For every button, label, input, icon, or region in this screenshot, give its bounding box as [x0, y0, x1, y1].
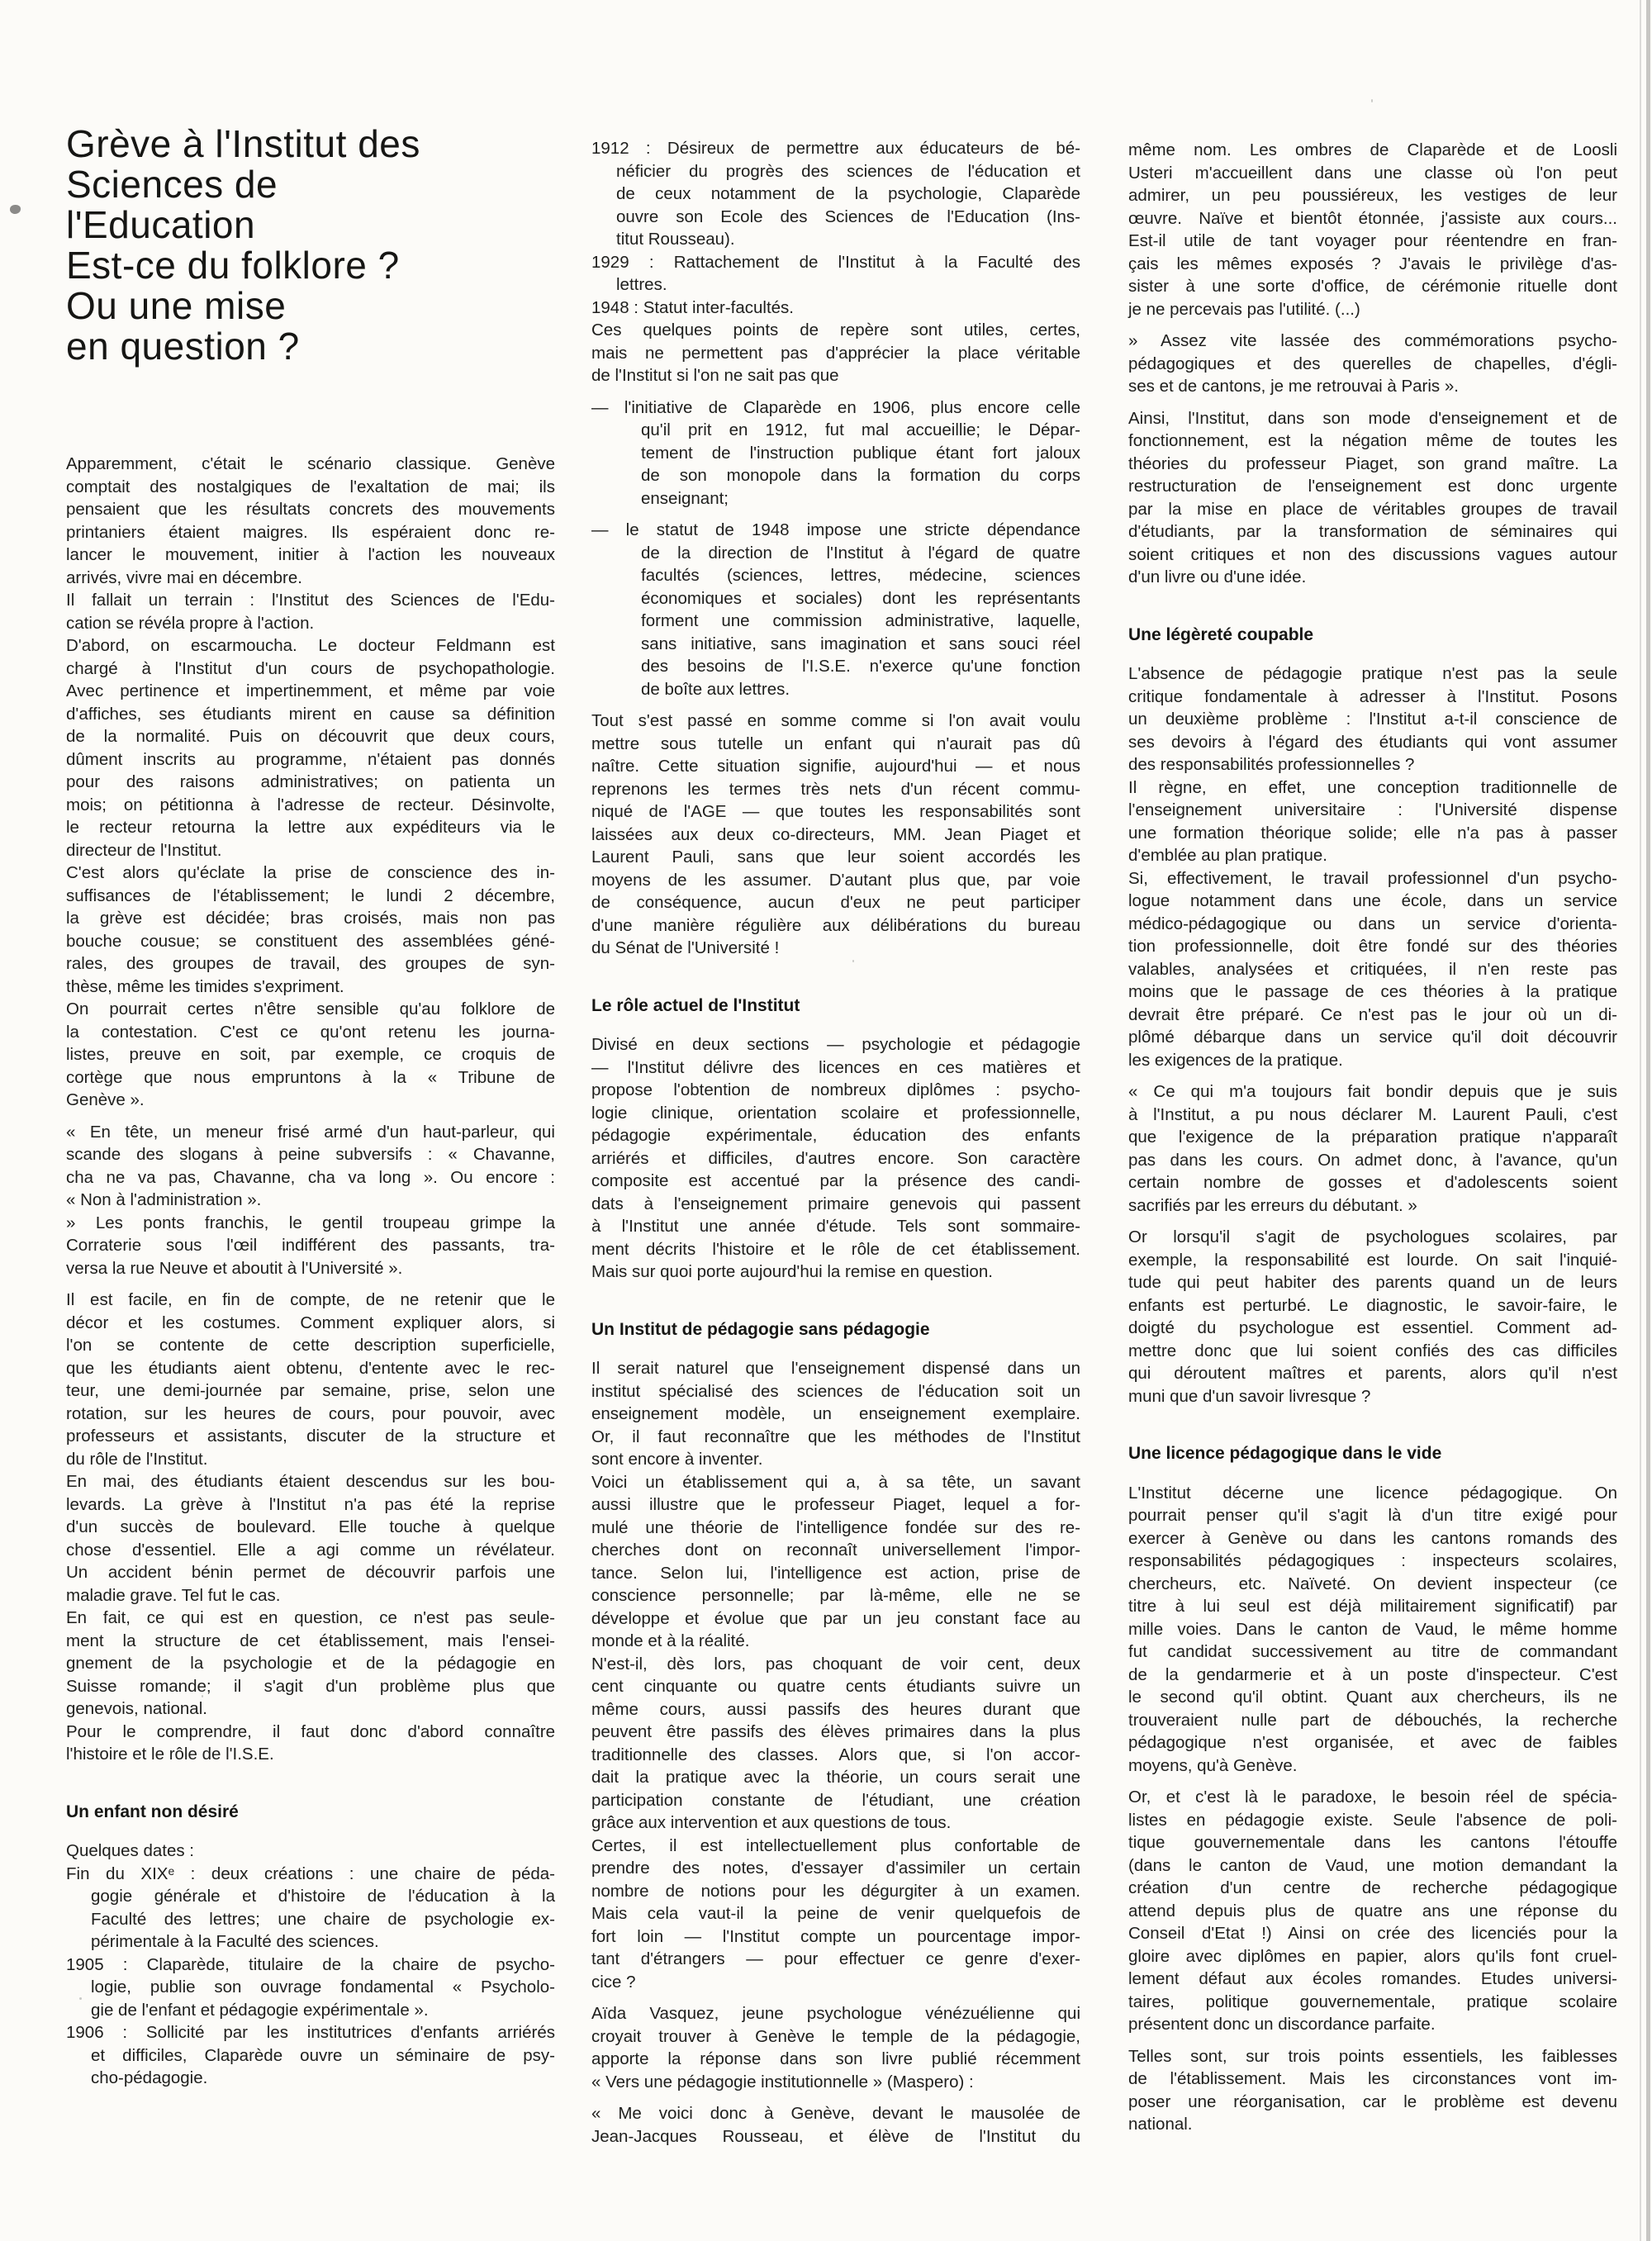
text-line: listes, preuve en soit, par exemple, ce …: [66, 1043, 555, 1066]
text-line: Divisé en deux sections — psychologie et…: [591, 1033, 1080, 1056]
text-line: de conséquence, aucun d'eux ne peut part…: [591, 891, 1080, 914]
text-line: lement défaut aux écoles romandes. Etude…: [1128, 1968, 1617, 1991]
paragraph: — le statut de 1948 impose une stricte d…: [591, 519, 1080, 700]
paragraph: C'est alors qu'éclate la prise de consci…: [66, 862, 555, 998]
paragraph: Il règne, en effet, une conception tradi…: [1128, 776, 1617, 867]
text-line: professeurs et assistants, discuter de l…: [66, 1425, 555, 1448]
paragraph: N'est-il, dès lors, pas choquant de voir…: [591, 1653, 1080, 1835]
text-line: prendre des notes, d'essayer d'assimiler…: [591, 1857, 1080, 1880]
text-line: institut spécialisé des sciences de l'éd…: [591, 1380, 1080, 1403]
text-line: » Assez vite lassée des commémorations p…: [1128, 330, 1617, 353]
article-title-line: en question ?: [66, 326, 555, 367]
text-line: qu'il prit en 1912, fut mal accueillie; …: [641, 419, 1080, 442]
paragraph: » Assez vite lassée des commémorations p…: [1128, 330, 1617, 398]
text-line: attend depuis plus de quatre ans une rép…: [1128, 1900, 1617, 1923]
text-line: devrait être préparé. Ce n'est pas le jo…: [1128, 1004, 1617, 1027]
text-line: enseignant;: [641, 487, 1080, 510]
text-line: soient critiques et non des discussions …: [1128, 544, 1617, 567]
text-line: œuvre. Naïve et bientôt étonnée, j'assis…: [1128, 207, 1617, 230]
paragraph: Il serait naturel que l'enseignement dis…: [591, 1357, 1080, 1471]
text-line: de la gendarmerie et à un poste d'inspec…: [1128, 1664, 1617, 1687]
text-line: ment la structure de cet établissement, …: [66, 1630, 555, 1653]
text-line: mille voies. Dans le canton de Vaud, le …: [1128, 1618, 1617, 1641]
text-line: logie clinique, orientation scolaire et …: [591, 1102, 1080, 1125]
text-line: comptait des nostalgiques de l'exaltatio…: [66, 476, 555, 499]
text-line: dait la pratique avec la théorie, un cou…: [591, 1766, 1080, 1789]
paragraph: Pour le comprendre, il faut donc d'abord…: [66, 1721, 555, 1766]
text-line: ment décrits l'histoire et le rôle de ce…: [591, 1238, 1080, 1261]
text-line: dats à l'enseignement primaire genevois …: [591, 1193, 1080, 1216]
text-line: Ainsi, l'Institut, dans son mode d'ensei…: [1128, 407, 1617, 430]
paragraph: L'absence de pédagogie pratique n'est pa…: [1128, 662, 1617, 776]
text-line: enfants est perturbé. Le diagnostic, le …: [1128, 1294, 1617, 1318]
text-line: mois; on pétitionna à l'adresse de recte…: [66, 794, 555, 817]
text-line: levards. La grève à l'Institut n'a pas é…: [66, 1493, 555, 1517]
text-line: croyait trouver à Genève le temple de la…: [591, 2025, 1080, 2049]
text-line: Avec pertinence et impertinemment, et mê…: [66, 680, 555, 703]
text-line: l'on se contente de cette description su…: [66, 1334, 555, 1357]
text-line: création d'un centre de recherche pédago…: [1128, 1877, 1617, 1900]
text-line: participation constante de l'étudiant, u…: [591, 1789, 1080, 1812]
text-line: même cours, aussi passifs des heures dur…: [591, 1698, 1080, 1721]
text-line: tion professionnelle, doit être fondé su…: [1128, 935, 1617, 958]
text-line: d'un livre ou d'une idée.: [1128, 566, 1617, 589]
text-line: Un accident bénin permet de découvrir pa…: [66, 1561, 555, 1584]
text-line: — l'Institut délivre des licences en ces…: [591, 1056, 1080, 1080]
text-line: Certes, il est intellectuellement plus c…: [591, 1835, 1080, 1858]
paragraph: 1948 : Statut inter-facultés.: [591, 297, 1080, 320]
text-line: « Ce qui m'a toujours fait bondir depuis…: [1128, 1080, 1617, 1104]
text-line: rotation, sur les heures de cours, pour …: [66, 1403, 555, 1426]
paragraph: L'Institut décerne une licence pédagogiq…: [1128, 1482, 1617, 1778]
text-line: moyens de les assumer. D'autant plus que…: [591, 869, 1080, 892]
text-line: listes en pédagogie existe. Seule l'abse…: [1128, 1809, 1617, 1832]
text-line: Tout s'est passé en somme comme si l'on …: [591, 710, 1080, 733]
text-line: développe et évolue que par un jeu const…: [591, 1607, 1080, 1631]
text-line: Quelques dates :: [66, 1840, 555, 1863]
text-line: « Me voici donc à Genève, devant le maus…: [591, 2102, 1080, 2125]
paragraph: Voici un établissement qui a, à sa tête,…: [591, 1471, 1080, 1653]
paragraph: Or, et c'est là le paradoxe, le besoin r…: [1128, 1786, 1617, 2036]
text-line: rales, des groupes de travail, des group…: [66, 952, 555, 976]
text-line: 1906 : Sollicité par les institutrices d…: [66, 2021, 555, 2044]
paragraph: Divisé en deux sections — psychologie et…: [591, 1033, 1080, 1284]
paragraph: 1905 : Claparède, titulaire de la chaire…: [66, 1954, 555, 2022]
text-line: que les étudiants aient obtenu, d'entent…: [66, 1357, 555, 1380]
text-line: par la mise en place de véritables group…: [1128, 498, 1617, 521]
text-line: gnement de la psychologie et de la pédag…: [66, 1652, 555, 1675]
paragraph: — l'initiative de Claparède en 1906, plu…: [591, 396, 1080, 510]
text-line: de la normalité. Puis on découvrit que d…: [66, 725, 555, 748]
scan-speck: [852, 960, 854, 962]
text-line: dûment inscrits au programme, n'étaient …: [66, 748, 555, 772]
text-line: On pourrait certes n'être sensible qu'au…: [66, 998, 555, 1021]
text-line: arriérés et difficiles, d'autres encore.…: [591, 1147, 1080, 1170]
paragraph: Tout s'est passé en somme comme si l'on …: [591, 710, 1080, 960]
text-line: sont encore à inventer.: [591, 1448, 1080, 1471]
text-line: reprenons les termes très nets d'un réce…: [591, 778, 1080, 801]
text-line: C'est alors qu'éclate la prise de consci…: [66, 862, 555, 885]
text-line: facultés (sciences, lettres, médecine, s…: [641, 564, 1080, 587]
text-line: de l'établissement. Mais les circonstanc…: [1128, 2068, 1617, 2091]
paragraph: Quelques dates :: [66, 1840, 555, 1863]
text-line: les exigences de la pratique.: [1128, 1049, 1617, 1072]
text-line: plômé débarque dans un service qu'il doi…: [1128, 1026, 1617, 1049]
text-line: aussi illustre que le professeur Piaget,…: [591, 1493, 1080, 1517]
scan-speck: [1571, 530, 1574, 532]
text-line: cherches dont on reconnaît universelleme…: [591, 1539, 1080, 1562]
paragraph: Telles sont, sur trois points essentiels…: [1128, 2045, 1617, 2136]
text-line: chargé à l'Institut d'un cours de psycho…: [66, 658, 555, 681]
text-line: économiques et sociales) dont les représ…: [641, 587, 1080, 610]
text-line: gloire avec diplômes en papier, alors qu…: [1128, 1945, 1617, 1968]
text-line: le second qu'il obtint. Quant aux cherch…: [1128, 1686, 1617, 1709]
scan-speck: [1006, 221, 1009, 224]
text-line: çais les mêmes exposés ? J'avais le priv…: [1128, 253, 1617, 276]
text-line: cortège que nous empruntons à la « Tribu…: [66, 1066, 555, 1090]
text-line: logie, publie son ouvrage fondamental « …: [91, 1976, 555, 1999]
text-line: d'une manière régulière aux délibération…: [591, 914, 1080, 938]
text-line: 1948 : Statut inter-facultés.: [591, 297, 1080, 320]
text-line: cent cinquante ou quatre cents étudiants…: [591, 1675, 1080, 1698]
text-line: 1905 : Claparède, titulaire de la chaire…: [66, 1954, 555, 1977]
column-2: 1912 : Désireux de permettre aux éducate…: [591, 137, 1080, 2148]
text-line: Jean-Jacques Rousseau, et élève de l'Ins…: [591, 2125, 1080, 2148]
text-line: « Non à l'administration ».: [66, 1189, 555, 1212]
text-line: une formation théorique solide; elle n'a…: [1128, 822, 1617, 845]
text-line: arrivés, vivre mai en décembre.: [66, 567, 555, 590]
text-line: suffisances de l'établissement; le lundi…: [66, 885, 555, 908]
text-line: En fait, ce qui est en question, ce n'es…: [66, 1607, 555, 1630]
article-title-line: Sciences de: [66, 164, 555, 205]
text-line: Il règne, en effet, une conception tradi…: [1128, 776, 1617, 800]
text-line: Est-il utile de tant voyager pour réente…: [1128, 230, 1617, 253]
text-line: qui déroutent maîtres et parents, alors …: [1128, 1362, 1617, 1385]
text-line: je ne percevais pas l'utilité. (...): [1128, 298, 1617, 321]
text-line: doigté du psychologue est essentiel. Com…: [1128, 1317, 1617, 1340]
text-line: Aïda Vasquez, jeune psychologue vénézuél…: [591, 2002, 1080, 2025]
text-line: Or lorsqu'il s'agit de psychologues scol…: [1128, 1226, 1617, 1249]
text-line: « En tête, un meneur frisé armé d'un hau…: [66, 1121, 555, 1144]
text-line: fort loin — l'Institut compte un pourcen…: [591, 1925, 1080, 1949]
text-line: printaniers étaient maigres. Ils espérai…: [66, 521, 555, 544]
text-line: Ces quelques points de repère sont utile…: [591, 319, 1080, 342]
column-1: Grève à l'Institut desSciences del'Educa…: [66, 124, 555, 2090]
section-heading: Un Institut de pédagogie sans pédagogie: [591, 1318, 1080, 1341]
text-line: thèse, même les timides s'expriment.: [66, 976, 555, 999]
column-3: même nom. Les ombres de Claparède et de …: [1128, 139, 1617, 2136]
text-line: tance. Selon lui, l'intelligence est act…: [591, 1562, 1080, 1585]
text-line: pas dans les cours. On admet donc, à l'a…: [1128, 1149, 1617, 1172]
text-line: taires, politique gouvernementale, prati…: [1128, 1991, 1617, 2014]
text-line: périmentale à la Faculté des sciences.: [91, 1930, 555, 1954]
text-line: mais ne permettent pas d'apprécier la pl…: [591, 342, 1080, 365]
text-line: Telles sont, sur trois points essentiels…: [1128, 2045, 1617, 2068]
text-line: (dans le canton de Vaud, une motion dema…: [1128, 1854, 1617, 1878]
text-line: lettres.: [616, 273, 1080, 297]
text-line: Fin du XIXᵉ : deux créations : une chair…: [66, 1863, 555, 1886]
text-line: des besoins de l'I.S.E. n'exerce qu'une …: [641, 655, 1080, 678]
text-line: Faculté des lettres; une chaire de psych…: [91, 1908, 555, 1931]
paragraph: « Ce qui m'a toujours fait bondir depuis…: [1128, 1080, 1617, 1217]
text-line: Apparemment, c'était le scénario classiq…: [66, 453, 555, 476]
text-line: un deuxième problème : l'Institut a-t-il…: [1128, 708, 1617, 731]
text-line: Or, il faut reconnaître que les méthodes…: [591, 1426, 1080, 1449]
text-line: de son monopole dans la formation du cor…: [641, 464, 1080, 487]
scan-speck: [79, 1997, 82, 2000]
text-line: de boîte aux lettres.: [641, 678, 1080, 701]
text-line: même nom. Les ombres de Claparède et de …: [1128, 139, 1617, 162]
text-line: — l'initiative de Claparède en 1906, plu…: [591, 396, 1080, 420]
text-line: de ceux notamment de la psychologie, Cla…: [616, 183, 1080, 206]
text-line: 1929 : Rattachement de l'Institut à la F…: [591, 251, 1080, 274]
text-line: néficier du progrès des sciences de l'éd…: [616, 160, 1080, 183]
text-line: tement de l'instruction publique étant f…: [641, 442, 1080, 465]
paragraph: D'abord, on escarmoucha. Le docteur Feld…: [66, 634, 555, 862]
text-line: tant d'étrangers — pour effectuer ce gen…: [591, 1948, 1080, 1971]
text-line: D'abord, on escarmoucha. Le docteur Feld…: [66, 634, 555, 658]
text-line: Corraterie sous l'œil indifférent des pa…: [66, 1234, 555, 1257]
text-line: apporte la réponse dans son livre publié…: [591, 2048, 1080, 2071]
text-line: teur, une demi-journée par semaine, pris…: [66, 1379, 555, 1403]
text-line: la grève est décidée; bras croisés, mais…: [66, 907, 555, 930]
text-line: genevois, national.: [66, 1697, 555, 1721]
text-line: lancer le mouvement, initier à l'action …: [66, 544, 555, 567]
paragraph: » Les ponts franchis, le gentil troupeau…: [66, 1212, 555, 1280]
text-line: certain nombre de gosses et d'adolescent…: [1128, 1171, 1617, 1194]
text-line: trouveraient nulle part de débouchés, la…: [1128, 1709, 1617, 1732]
text-line: Il serait naturel que l'enseignement dis…: [591, 1357, 1080, 1380]
paragraph: 1912 : Désireux de permettre aux éducate…: [591, 137, 1080, 251]
text-line: titut Rousseau).: [616, 228, 1080, 251]
text-line: « Vers une pédagogie institutionnelle » …: [591, 2071, 1080, 2094]
text-line: pédagogique n'est organisée, et avec de …: [1128, 1731, 1617, 1754]
text-line: ses et de cantons, je me retrouvai à Par…: [1128, 375, 1617, 398]
scan-speck: [1371, 99, 1373, 102]
text-line: Voici un établissement qui a, à sa tête,…: [591, 1471, 1080, 1494]
text-line: L'absence de pédagogie pratique n'est pa…: [1128, 662, 1617, 686]
text-line: logue notamment dans une école, dans un …: [1128, 890, 1617, 913]
text-line: laissées aux deux co-directeurs, MM. Jea…: [591, 824, 1080, 847]
paragraph: Il fallait un terrain : l'Institut des S…: [66, 589, 555, 634]
paragraph: Ces quelques points de repère sont utile…: [591, 319, 1080, 387]
text-line: fonctionnement, est la négation même de …: [1128, 430, 1617, 453]
section-heading: Une licence pédagogique dans le vide: [1128, 1442, 1617, 1465]
scan-edge-line-light: [1640, 0, 1641, 2241]
text-line: Pour le comprendre, il faut donc d'abord…: [66, 1721, 555, 1744]
text-line: forment une commission administrative, l…: [641, 610, 1080, 633]
paragraph: 1906 : Sollicité par les institutrices d…: [66, 2021, 555, 2090]
text-line: responsabilités pédagogiques : inspecteu…: [1128, 1550, 1617, 1573]
text-line: grâce aux intervention et aux questions …: [591, 1811, 1080, 1835]
paragraph: Ainsi, l'Institut, dans son mode d'ensei…: [1128, 407, 1617, 589]
text-line: pour des raisons administratives; on pat…: [66, 771, 555, 794]
text-line: pédagogie expérimentale, éducation des e…: [591, 1124, 1080, 1147]
text-line: nombre de notions pour les dégurgiter à …: [591, 1880, 1080, 1903]
text-line: scande des slogans à peine subversifs : …: [66, 1143, 555, 1166]
text-line: de la direction de l'Institut à l'égard …: [641, 542, 1080, 565]
text-line: 1912 : Désireux de permettre aux éducate…: [591, 137, 1080, 160]
paragraph: Or lorsqu'il s'agit de psychologues scol…: [1128, 1226, 1617, 1408]
text-line: de l'Institut si l'on ne sait pas que: [591, 364, 1080, 387]
paragraph: Fin du XIXᵉ : deux créations : une chair…: [66, 1863, 555, 1954]
text-line: Suisse romande; il s'agit d'un problème …: [66, 1675, 555, 1698]
text-line: versa la rue Neuve et aboutit à l'Univer…: [66, 1257, 555, 1280]
article-title-line: l'Education: [66, 205, 555, 245]
text-line: ouvre son Ecole des Sciences de l'Educat…: [616, 206, 1080, 229]
text-line: à l'Institut une année d'étude. Tels son…: [591, 1215, 1080, 1238]
paragraph: Si, effectivement, le travail profession…: [1128, 867, 1617, 1072]
text-line: Or, et c'est là le paradoxe, le besoin r…: [1128, 1786, 1617, 1809]
text-line: propose l'obtention de nombreux diplômes…: [591, 1079, 1080, 1102]
text-line: tude qui peut habiter des parents quand …: [1128, 1271, 1617, 1294]
text-line: chose d'essentiel. Elle a agi comme un r…: [66, 1539, 555, 1562]
text-line: » Les ponts franchis, le gentil troupeau…: [66, 1212, 555, 1235]
paragraph: Certes, il est intellectuellement plus c…: [591, 1835, 1080, 1994]
paragraph: « Me voici donc à Genève, devant le maus…: [591, 2102, 1080, 2148]
text-line: pensaient que les résultats concrets des…: [66, 498, 555, 521]
text-line: poser une réorganisation, car le problèm…: [1128, 2091, 1617, 2114]
text-line: gie de l'enfant et pédagogie expérimenta…: [91, 1999, 555, 2022]
text-line: tique gouvernementale dans les cantons l…: [1128, 1831, 1617, 1854]
text-line: théories du professeur Piaget, son grand…: [1128, 453, 1617, 476]
text-line: cho-pédagogie.: [91, 2067, 555, 2090]
scan-edge-line: [1646, 0, 1650, 2241]
text-line: monde et à la réalité.: [591, 1630, 1080, 1653]
text-line: sacrifiés par les erreurs du débutant. »: [1128, 1194, 1617, 1218]
text-line: bouche cousue; se constituent des assemb…: [66, 930, 555, 953]
text-line: — le statut de 1948 impose une stricte d…: [591, 519, 1080, 542]
text-line: Usteri m'accueillent dans une classe où …: [1128, 162, 1617, 185]
text-line: niqué de l'AGE — que toutes les responsa…: [591, 800, 1080, 824]
text-line: Mais cela vaut-il la peine de venir quel…: [591, 1902, 1080, 1925]
text-line: ses devoirs à l'égard des étudiants qui …: [1128, 731, 1617, 754]
text-line: valables, analysées et critiquées, il n'…: [1128, 958, 1617, 981]
text-line: l'histoire et le rôle de l'I.S.E.: [66, 1743, 555, 1766]
text-line: le recteur retourna la lettre aux expédi…: [66, 816, 555, 839]
text-line: maladie grave. Tel fut le cas.: [66, 1584, 555, 1607]
text-line: conscience personnelle; par là-même, ell…: [591, 1584, 1080, 1607]
text-line: Mais sur quoi porte aujourd'hui la remis…: [591, 1261, 1080, 1284]
paragraph: En mai, des étudiants étaient descendus …: [66, 1470, 555, 1607]
text-line: muni que d'un savoir livresque ?: [1128, 1385, 1617, 1408]
text-line: enseignement modèle, un enseignement exe…: [591, 1403, 1080, 1426]
text-line: peuvent être passifs des élèves primaire…: [591, 1721, 1080, 1744]
text-line: pédagogiques et des querelles de chapell…: [1128, 353, 1617, 376]
text-line: restructuration de l'enseignement est do…: [1128, 475, 1617, 498]
section-heading: Un enfant non désiré: [66, 1801, 555, 1824]
paragraph: En fait, ce qui est en question, ce n'es…: [66, 1607, 555, 1721]
scanned-newspaper-page: Grève à l'Institut desSciences del'Educa…: [0, 0, 1652, 2241]
text-line: naître. Cette situation signifie, aujour…: [591, 755, 1080, 778]
text-line: composite est accentué par la présence d…: [591, 1170, 1080, 1193]
text-line: admirer, un peu poussiéreux, les vestige…: [1128, 184, 1617, 207]
text-line: des responsabilités professionnelles ?: [1128, 753, 1617, 776]
text-line: décor et les costumes. Comment expliquer…: [66, 1312, 555, 1335]
text-line: moins que le passage de ces théories à l…: [1128, 980, 1617, 1004]
text-line: Si, effectivement, le travail profession…: [1128, 867, 1617, 890]
paragraph: Aïda Vasquez, jeune psychologue vénézuél…: [591, 2002, 1080, 2093]
paragraph: « En tête, un meneur frisé armé d'un hau…: [66, 1121, 555, 1212]
text-line: cha ne va pas, Chavanne, cha va long ». …: [66, 1166, 555, 1189]
text-line: d'un succès de boulevard. Elle touche à …: [66, 1516, 555, 1539]
text-line: d'emblée au plan pratique.: [1128, 844, 1617, 867]
text-line: N'est-il, dès lors, pas choquant de voir…: [591, 1653, 1080, 1676]
text-line: L'Institut décerne une licence pédagogiq…: [1128, 1482, 1617, 1505]
text-line: sister à une sorte d'office, de cérémoni…: [1128, 275, 1617, 298]
text-line: médico-pédagogique ou dans un service d'…: [1128, 913, 1617, 936]
text-line: que l'exigence de la préparation pratiqu…: [1128, 1126, 1617, 1149]
text-line: d'affiches, ses étudiants mirent en caus…: [66, 703, 555, 726]
text-line: exemple, la responsabilité est lourde. O…: [1128, 1249, 1617, 1272]
article-title-line: Grève à l'Institut des: [66, 124, 555, 164]
text-line: mettre donc que lui soient confiés des c…: [1128, 1340, 1617, 1363]
text-line: national.: [1128, 2113, 1617, 2136]
text-line: la contestation. C'est ce qu'ont retenu …: [66, 1021, 555, 1044]
text-line: Genève ».: [66, 1089, 555, 1112]
text-line: chercheurs, etc. Naïveté. On devient ins…: [1128, 1573, 1617, 1596]
text-line: cation se révéla propre à l'action.: [66, 612, 555, 635]
text-line: moyens, qu'à Genève.: [1128, 1754, 1617, 1778]
article-title-line: Est-ce du folklore ?: [66, 245, 555, 286]
section-heading: Le rôle actuel de l'Institut: [591, 995, 1080, 1018]
text-line: traditionnelle des classes. Alors que, s…: [591, 1744, 1080, 1767]
text-line: Il est facile, en fin de compte, de ne r…: [66, 1289, 555, 1312]
paragraph: Apparemment, c'était le scénario classiq…: [66, 453, 555, 589]
article-title: Grève à l'Institut desSciences del'Educa…: [66, 124, 555, 367]
section-heading: Une légèreté coupable: [1128, 624, 1617, 647]
text-line: pourrait penser qu'il s'agit là d'un tit…: [1128, 1504, 1617, 1527]
article-title-line: Ou une mise: [66, 286, 555, 326]
text-line: l'enseignement universitaire : l'Univers…: [1128, 799, 1617, 822]
text-line: Conseil d'Etat !) Ainsi on crée des lice…: [1128, 1922, 1617, 1945]
text-line: présentent donc un discordance parfaite.: [1128, 2013, 1617, 2036]
text-line: mettre sous tutelle un enfant qui n'aura…: [591, 733, 1080, 756]
text-line: Laurent Pauli, sans que leur soient acco…: [591, 846, 1080, 869]
text-line: critique fondamentale à adresser à l'Ins…: [1128, 686, 1617, 709]
text-line: directeur de l'Institut.: [66, 839, 555, 862]
text-line: gogie générale et d'histoire de l'éducat…: [91, 1885, 555, 1908]
paragraph: même nom. Les ombres de Claparède et de …: [1128, 139, 1617, 320]
text-line: exercer à Genève ou dans les cantons rom…: [1128, 1527, 1617, 1550]
text-line: cice ?: [591, 1971, 1080, 1994]
text-line: En mai, des étudiants étaient descendus …: [66, 1470, 555, 1493]
text-line: fut candidat successivement au titre de …: [1128, 1640, 1617, 1664]
text-line: sans initiative, sans imagination et san…: [641, 633, 1080, 656]
scan-speck: [202, 1695, 203, 1697]
paragraph: On pourrait certes n'être sensible qu'au…: [66, 998, 555, 1112]
paragraph: 1929 : Rattachement de l'Institut à la F…: [591, 251, 1080, 297]
text-line: et difficiles, Claparède ouvre un sémina…: [91, 2044, 555, 2068]
text-line: mulé une théorie de l'intelligence fondé…: [591, 1517, 1080, 1540]
ink-speck: [10, 205, 21, 214]
text-line: Il fallait un terrain : l'Institut des S…: [66, 589, 555, 612]
text-line: à l'Institut, a pu nous déclarer M. Laur…: [1128, 1104, 1617, 1127]
text-line: titre à lui seul est déjà militairement …: [1128, 1595, 1617, 1618]
text-line: d'étudiants, par la transformation de sé…: [1128, 520, 1617, 544]
text-line: du rôle de l'Institut.: [66, 1448, 555, 1471]
text-line: du Sénat de l'Université !: [591, 937, 1080, 960]
paragraph: Il est facile, en fin de compte, de ne r…: [66, 1289, 555, 1470]
